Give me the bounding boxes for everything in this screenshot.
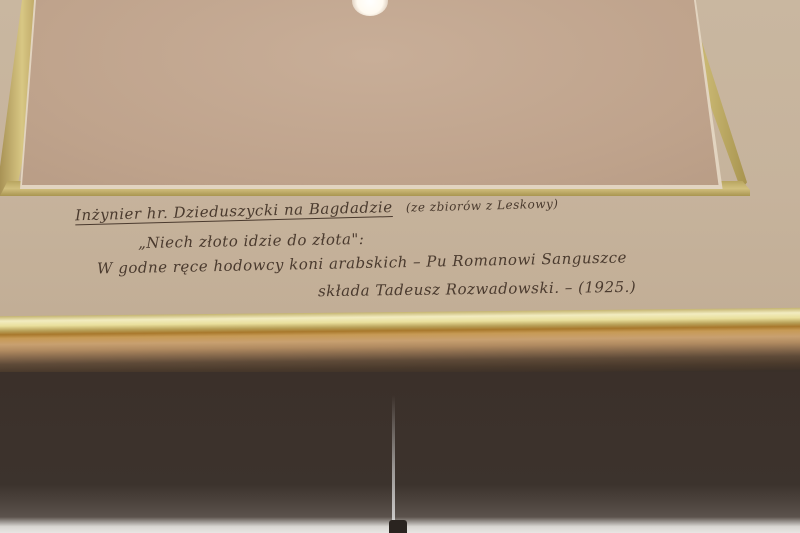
- inscription-provenance-note: (ze zbiorów z Leskowy): [406, 197, 559, 215]
- photo-scene: Inżynier hr. Dzieduszycki na Bagdadzie (…: [0, 0, 800, 533]
- inscription-line-2: „Niech złoto idzie do złota":: [138, 230, 365, 252]
- inscription-line-3: W godne ręce hodowcy koni arabskich – Pu…: [97, 248, 627, 277]
- inscription-line-4: składa Tadeusz Rozwadowski. – (1925.): [318, 278, 636, 300]
- inscription-title: Inżynier hr. Dzieduszycki na Bagdadzie: [75, 198, 393, 224]
- gilded-frame-moulding: [0, 308, 800, 378]
- wall-hook: [389, 520, 407, 533]
- handwritten-inscription: Inżynier hr. Dzieduszycki na Bagdadzie (…: [0, 0, 800, 318]
- inscription-line-1: Inżynier hr. Dzieduszycki na Bagdadzie (…: [75, 194, 559, 225]
- hanging-wire: [392, 395, 395, 520]
- dark-wall: [0, 372, 800, 533]
